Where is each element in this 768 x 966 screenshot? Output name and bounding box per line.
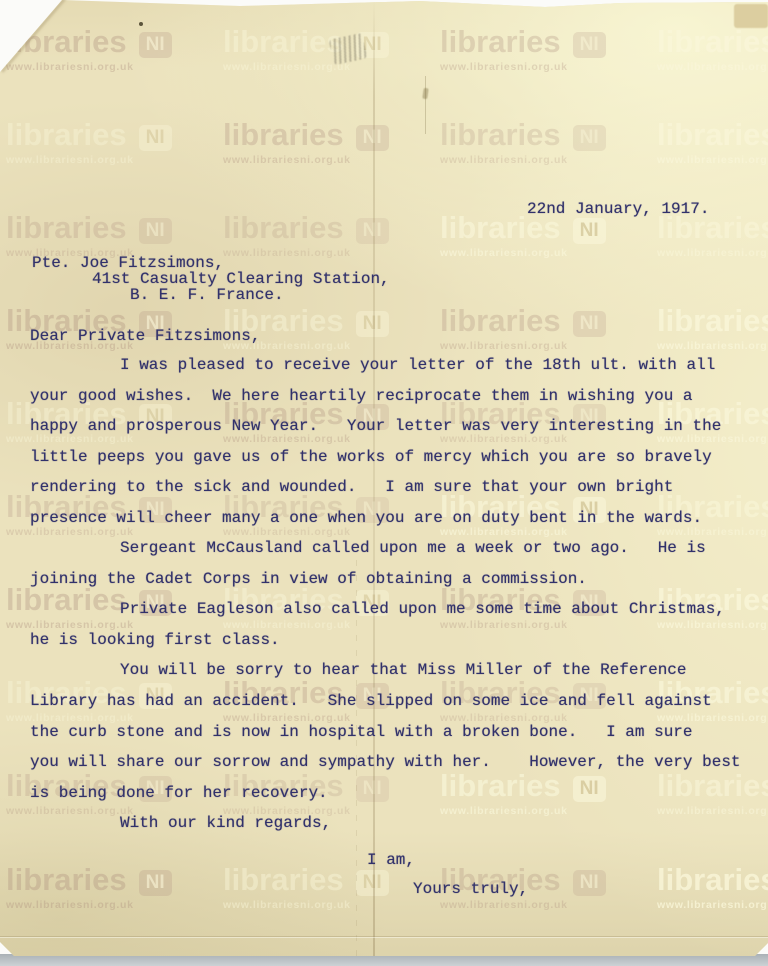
watermark-url: www.librariesni.org.uk — [657, 155, 768, 166]
libraries-ni-watermark: librariesNIwww.librariesni.org.uk — [657, 26, 768, 73]
letter-line: Private Eagleson also called upon me som… — [30, 600, 752, 631]
watermark-brand: librariesNI — [223, 864, 389, 896]
libraries-ni-watermark: librariesNIwww.librariesni.org.uk — [657, 119, 768, 166]
watermark-url: www.librariesni.org.uk — [440, 341, 606, 352]
ink-speck — [139, 22, 143, 26]
recipient-address-block: Pte. Joe Fitzsimons, 41st Casualty Clear… — [32, 256, 390, 303]
libraries-wordmark: libraries — [6, 210, 127, 245]
watermark-url: www.librariesni.org.uk — [657, 62, 768, 73]
closing-i-am: I am, — [367, 851, 415, 869]
letter-line: rendering to the sick and wounded. I am … — [30, 478, 752, 509]
libraries-wordmark: libraries — [223, 210, 344, 245]
watermark-brand: librariesNI — [440, 26, 606, 58]
watermark-brand: librariesNI — [657, 26, 768, 58]
watermark-url: www.librariesni.org.uk — [440, 900, 606, 911]
faint-margin-line — [425, 76, 426, 134]
ni-logo-badge-icon: NI — [573, 311, 606, 337]
watermark-url: www.librariesni.org.uk — [223, 155, 389, 166]
libraries-ni-watermark: librariesNIwww.librariesni.org.uk — [6, 26, 172, 73]
ni-logo-badge-icon: NI — [573, 32, 606, 58]
watermark-brand: librariesNI — [223, 119, 389, 151]
letter-date: 22nd January, 1917. — [527, 200, 709, 218]
closing-yours-truly: Yours truly, — [413, 880, 528, 898]
letter-line: he is looking first class. — [30, 631, 752, 662]
letter-line: happy and prosperous New Year. Your lett… — [30, 417, 752, 448]
watermark-brand: librariesNI — [657, 864, 768, 896]
libraries-ni-watermark: librariesNIwww.librariesni.org.uk — [657, 864, 768, 911]
ni-logo-badge-icon: NI — [573, 125, 606, 151]
watermark-url: www.librariesni.org.uk — [223, 900, 389, 911]
watermark-url: www.librariesni.org.uk — [440, 62, 606, 73]
watermark-brand: librariesNI — [440, 305, 606, 337]
libraries-wordmark: libraries — [223, 24, 344, 59]
libraries-wordmark: libraries — [657, 303, 768, 338]
ni-logo-badge-icon: NI — [573, 870, 606, 896]
tape-mark — [734, 4, 768, 28]
letter-line: Library has had an accident. She slipped… — [30, 692, 752, 723]
watermark-brand: librariesNI — [6, 119, 172, 151]
ni-logo-badge-icon: NI — [139, 218, 172, 244]
letter-line: presence will cheer many a one when you … — [30, 509, 752, 540]
libraries-wordmark: libraries — [6, 862, 127, 897]
watermark-brand: librariesNI — [6, 864, 172, 896]
libraries-wordmark: libraries — [440, 117, 561, 152]
libraries-ni-watermark: librariesNIwww.librariesni.org.uk — [6, 864, 172, 911]
libraries-ni-watermark: librariesNIwww.librariesni.org.uk — [223, 864, 389, 911]
watermark-url: www.librariesni.org.uk — [440, 155, 606, 166]
salutation: Dear Private Fitzsimons, — [30, 327, 260, 345]
libraries-wordmark: libraries — [6, 117, 127, 152]
watermark-url: www.librariesni.org.uk — [657, 341, 768, 352]
libraries-wordmark: libraries — [657, 24, 768, 59]
watermark-url: www.librariesni.org.uk — [6, 62, 172, 73]
libraries-ni-watermark: librariesNIwww.librariesni.org.uk — [6, 212, 172, 259]
libraries-ni-watermark: librariesNIwww.librariesni.org.uk — [223, 212, 389, 259]
ni-logo-badge-icon: NI — [139, 870, 172, 896]
ni-logo-badge-icon: NI — [139, 125, 172, 151]
letter-line: is being done for her recovery. — [30, 784, 752, 815]
letter-line: your good wishes. We here heartily recip… — [30, 387, 752, 418]
libraries-ni-watermark: librariesNIwww.librariesni.org.uk — [223, 119, 389, 166]
pencil-scribble-mark — [329, 33, 368, 66]
libraries-wordmark: libraries — [657, 117, 768, 152]
letter-line: I was pleased to receive your letter of … — [30, 356, 752, 387]
letter-line: the curb stone and is now in hospital wi… — [30, 723, 752, 754]
libraries-wordmark: libraries — [223, 117, 344, 152]
letter-line: joining the Cadet Corps in view of obtai… — [30, 570, 752, 601]
watermark-url: www.librariesni.org.uk — [6, 155, 172, 166]
letter-line: you will share our sorrow and sympathy w… — [30, 753, 752, 784]
libraries-wordmark: libraries — [6, 24, 127, 59]
watermark-url: www.librariesni.org.uk — [6, 900, 172, 911]
letter-line: You will be sorry to hear that Miss Mill… — [30, 661, 752, 692]
letter-line: Sergeant McCausland called upon me a wee… — [30, 539, 752, 570]
ni-logo-badge-icon: NI — [573, 218, 606, 244]
watermark-url: www.librariesni.org.uk — [223, 62, 389, 73]
watermark-brand: librariesNI — [657, 305, 768, 337]
watermark-url: www.librariesni.org.uk — [657, 900, 768, 911]
libraries-wordmark: libraries — [440, 24, 561, 59]
horizontal-fold-crease — [0, 936, 768, 937]
watermark-url: www.librariesni.org.uk — [440, 248, 606, 259]
ni-logo-badge-icon: NI — [139, 32, 172, 58]
letter-line: With our kind regards, — [30, 814, 752, 845]
letter-body: I was pleased to receive your letter of … — [30, 356, 752, 845]
libraries-ni-watermark: librariesNIwww.librariesni.org.uk — [440, 26, 606, 73]
libraries-ni-watermark: librariesNIwww.librariesni.org.uk — [440, 119, 606, 166]
watermark-brand: librariesNI — [223, 212, 389, 244]
watermark-brand: librariesNI — [657, 119, 768, 151]
watermark-brand: librariesNI — [440, 119, 606, 151]
scanned-letter-screenshot: { "letter": { "date": "22nd January, 191… — [0, 0, 768, 966]
letter-paper: librariesNIwww.librariesni.org.uklibrari… — [0, 0, 768, 966]
libraries-wordmark: libraries — [223, 862, 344, 897]
libraries-ni-watermark: librariesNIwww.librariesni.org.uk — [657, 212, 768, 259]
libraries-ni-watermark: librariesNIwww.librariesni.org.uk — [440, 212, 606, 259]
libraries-wordmark: libraries — [657, 862, 768, 897]
recipient-location: B. E. F. France. — [32, 288, 390, 304]
watermark-brand: librariesNI — [6, 212, 172, 244]
libraries-ni-watermark: librariesNIwww.librariesni.org.uk — [657, 305, 768, 352]
libraries-ni-watermark: librariesNIwww.librariesni.org.uk — [440, 305, 606, 352]
libraries-ni-watermark: librariesNIwww.librariesni.org.uk — [6, 119, 172, 166]
letter-line: little peeps you gave us of the works of… — [30, 448, 752, 479]
folded-corner-edge — [1, 0, 67, 74]
libraries-wordmark: libraries — [440, 303, 561, 338]
watermark-url: www.librariesni.org.uk — [657, 248, 768, 259]
